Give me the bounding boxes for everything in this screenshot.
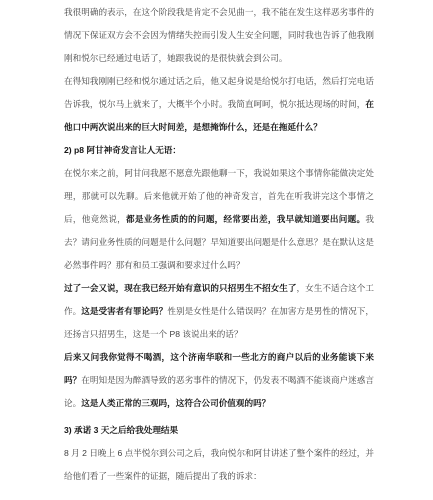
emphasis-text-run: 过了一会又说，现在我已经开始有意识的只招男生不招女生了 [64,283,297,293]
paragraph-drinking-remark: 后来又问我你觉得不喝酒，这个济南华联和一些北方的商户以后的业务能谈下来吗？在明知… [64,346,374,415]
document-page: 我很明确的表示，在这个阶段我是肯定不会见曲一，我不能在发生这样恶劣事件的情况下保… [0,0,433,500]
text-run: 在得知我刚刚已经和悦尔通过话之后，他又起身说是给悦尔打电话，然后打完电话告诉我，… [64,76,374,109]
paragraph-phone-call-time-gap: 在得知我刚刚已经和悦尔通过话之后，他又起身说是给悦尔打电话，然后打完电话告诉我，… [64,70,374,139]
paragraph-business-nature-remark: 在悦尔来之前，阿甘问我愿不愿意先跟他聊一下，我说如果这个事情你能做决定处理，那就… [64,162,374,277]
paragraph-hiring-remark: 过了一会又说，现在我已经开始有意识的只招男生不招女生了，女生不适合这个工作。这是… [64,277,374,346]
text-run: 8 月 2 日晚上 6 点半悦尔到公司之后，我向悦尔和阿甘讲述了整个案件的经过，… [64,448,374,481]
paragraph-intro-meeting-refusal: 我很明确的表示，在这个阶段我是肯定不会见曲一，我不能在发生这样恶劣事件的情况下保… [64,1,374,70]
emphasis-text-run: 这是人类正常的三观吗，这符合公司价值观的吗？ [81,398,270,408]
heading-section-3: 3) 承诺 3 天之后给我处理结果 [64,419,374,442]
emphasis-text-run: 这是受害者有罪论吗？ [81,306,167,316]
emphasis-text-run: 都是业务性质的的问题，经常要出差，我早就知道要出问题。 [126,214,365,224]
heading-text: 2) p8 阿甘神奇发言让人无语： [64,145,181,155]
heading-text: 3) 承诺 3 天之后给我处理结果 [64,425,178,435]
text-run: 我很明确的表示，在这个阶段我是肯定不会见曲一，我不能在发生这样恶劣事件的情况下保… [64,7,374,63]
heading-section-2: 2) p8 阿甘神奇发言让人无语： [64,139,374,162]
paragraph-case-recounting: 8 月 2 日晚上 6 点半悦尔到公司之后，我向悦尔和阿甘讲述了整个案件的经过，… [64,442,374,488]
